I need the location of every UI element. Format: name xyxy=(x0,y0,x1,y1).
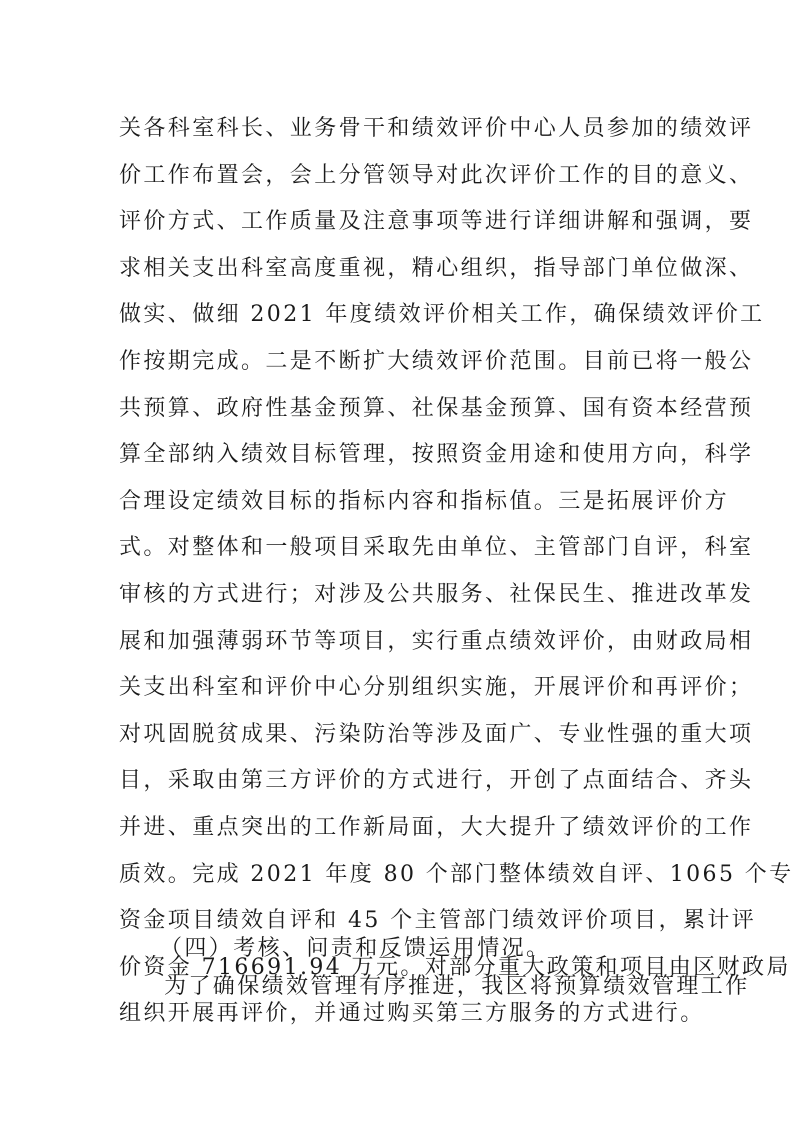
text-line: 做实、做细 2021 年度绩效评价相关工作，确保绩效评价工 xyxy=(119,292,673,339)
text-line: 关支出科室和评价中心分别组织实施，开展评价和再评价； xyxy=(119,665,673,712)
text-line: 式。对整体和一般项目采取先由单位、主管部门自评，科室 xyxy=(119,525,673,572)
text-line: 关各科室科长、业务骨干和绩效评价中心人员参加的绩效评 xyxy=(119,106,673,153)
text-line: 共预算、政府性基金预算、社保基金预算、国有资本经营预 xyxy=(119,386,673,433)
text-line: 目，采取由第三方评价的方式进行，开创了点面结合、齐头 xyxy=(119,758,673,805)
section-heading: （四）考核、问责和反馈运用情况。 xyxy=(160,930,680,968)
text-line: 审核的方式进行；对涉及公共服务、社保民生、推进改革发 xyxy=(119,572,673,619)
text-line: 质效。完成 2021 年度 80 个部门整体绩效自评、1065 个专项 xyxy=(119,852,673,899)
text-line: 评价方式、工作质量及注意事项等进行详细讲解和强调，要 xyxy=(119,199,673,246)
text-line: 对巩固脱贫成果、污染防治等涉及面广、专业性强的重大项 xyxy=(119,712,673,759)
text-line: 算全部纳入绩效目标管理，按照资金用途和使用方向，科学 xyxy=(119,432,673,479)
text-line: 合理设定绩效目标的指标内容和指标值。三是拓展评价方 xyxy=(119,479,673,526)
text-line: 展和加强薄弱环节等项目，实行重点绩效评价，由财政局相 xyxy=(119,619,673,666)
paragraph-assessment-first-line: 为了确保绩效管理有序推进，我区将预算绩效管理工作 xyxy=(164,968,673,1006)
text-line: 并进、重点突出的工作新局面，大大提升了绩效评价的工作 xyxy=(119,805,673,852)
paragraph-performance-evaluation: 关各科室科长、业务骨干和绩效评价中心人员参加的绩效评 价工作布置会，会上分管领导… xyxy=(119,106,673,1038)
text-line: 作按期完成。二是不断扩大绩效评价范围。目前已将一般公 xyxy=(119,339,673,386)
text-line: 求相关支出科室高度重视，精心组织，指导部门单位做深、 xyxy=(119,246,673,293)
document-page: 关各科室科长、业务骨干和绩效评价中心人员参加的绩效评 价工作布置会，会上分管领导… xyxy=(0,0,793,1122)
text-line: 价工作布置会，会上分管领导对此次评价工作的目的意义、 xyxy=(119,153,673,200)
